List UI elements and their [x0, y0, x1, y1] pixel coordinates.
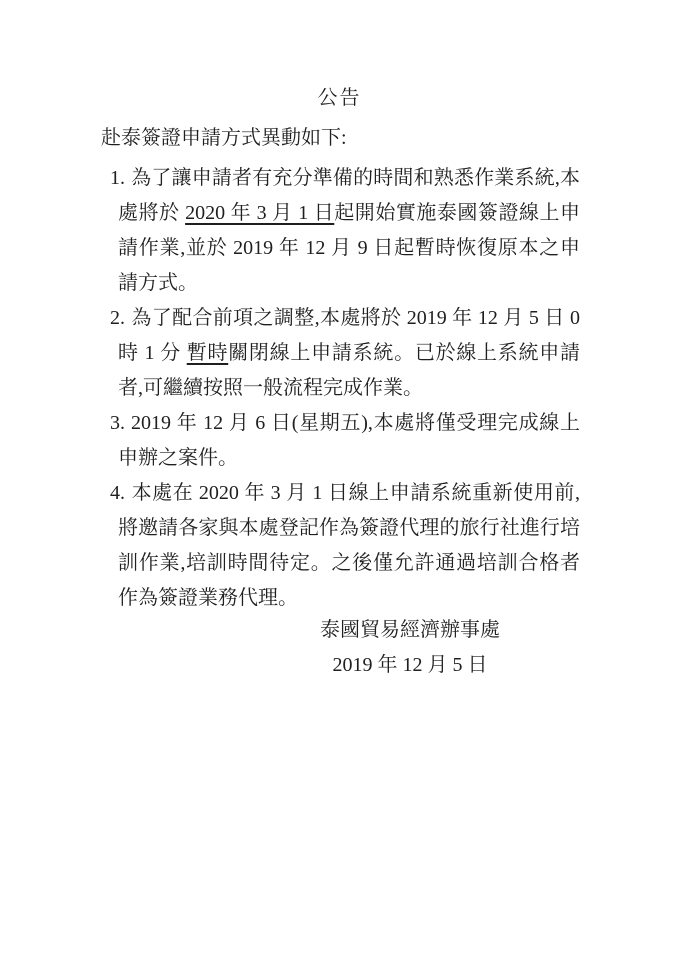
item-4-number: 4.	[110, 482, 125, 504]
item-3-number: 3.	[110, 412, 125, 434]
item-1-underlined-date: 2020 年 3 月 1 日	[185, 202, 334, 224]
item-2-underlined-word: 暫時	[187, 342, 228, 364]
notice-item-1: 1.為了讓申請者有充分準備的時間和熟悉作業系統,本處將於 2020 年 3 月 …	[118, 161, 580, 301]
item-2-number: 2.	[110, 307, 125, 329]
intro-line: 赴泰簽證申請方式異動如下:	[101, 121, 679, 156]
notice-list: 1.為了讓申請者有充分準備的時間和熟悉作業系統,本處將於 2020 年 3 月 …	[0, 161, 679, 616]
signature-block: 泰國貿易經濟辦事處 2019 年 12 月 5 日	[240, 613, 580, 683]
notice-item-3: 3.2019 年 12 月 6 日(星期五),本處將僅受理完成線上申辦之案件。	[118, 406, 580, 476]
item-3-text: 2019 年 12 月 6 日(星期五),本處將僅受理完成線上申辦之案件。	[118, 412, 580, 469]
signature-office: 泰國貿易經濟辦事處	[240, 613, 580, 648]
item-1-number: 1.	[110, 167, 125, 189]
item-4-text: 本處在 2020 年 3 月 1 日線上申請系統重新使用前,將邀請各家與本處登記…	[118, 482, 580, 609]
notice-item-4: 4.本處在 2020 年 3 月 1 日線上申請系統重新使用前,將邀請各家與本處…	[118, 476, 580, 616]
notice-item-2: 2.為了配合前項之調整,本處將於 2019 年 12 月 5 日 0 時 1 分…	[118, 301, 580, 406]
signature-date: 2019 年 12 月 5 日	[240, 648, 580, 683]
page-title: 公告	[0, 81, 679, 116]
announcement-page: 公告 赴泰簽證申請方式異動如下: 1.為了讓申請者有充分準備的時間和熟悉作業系統…	[0, 0, 679, 960]
